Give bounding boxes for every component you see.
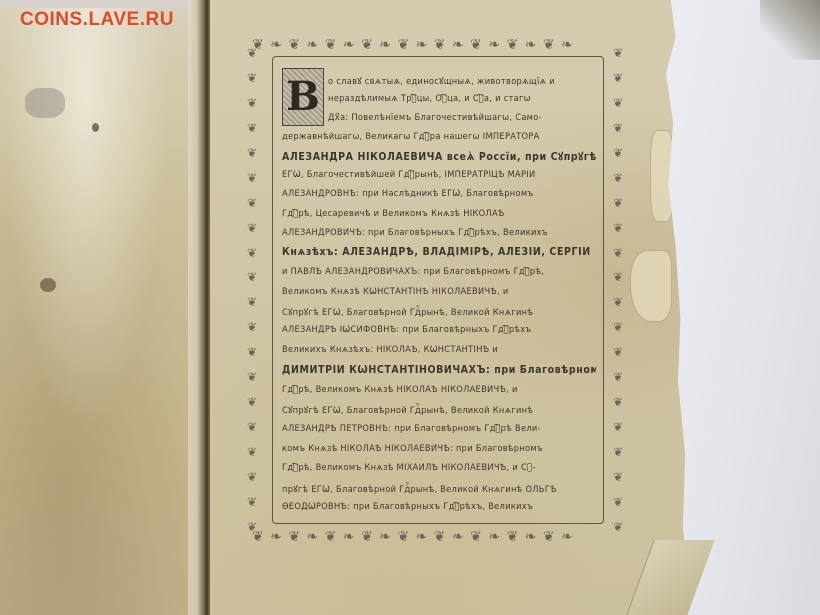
text-line: о славꙋ свѧтыѧ, единосꙋщныѧ, животворѧщї… bbox=[328, 74, 596, 87]
ornament-glyph: ❦ bbox=[247, 420, 257, 434]
ornament-glyph: ❦ bbox=[247, 320, 257, 334]
text-line: Дх҃а: Повелѣнїемъ Благочестивѣйшагѡ, Сам… bbox=[328, 112, 596, 123]
text-line: Гдⷭ҇рѣ, Великомъ Кнѧзѣ НІКОЛАѢ НІКОЛАЕВИ… bbox=[282, 384, 596, 395]
ornament-glyph: ❦ bbox=[613, 246, 623, 260]
ornament-glyph: ❦ bbox=[247, 96, 257, 110]
text-line: комъ Кнѧзѣ НІКОЛАѢ НІКОЛАЕВИЧѢ: при Благ… bbox=[282, 443, 596, 454]
ornament-glyph: ❦ bbox=[613, 345, 623, 359]
text-line: Кнѧзѣхъ: АЛЕЗАНДРѢ, ВЛАДІМІРѢ, АЛЕЗІИ, С… bbox=[282, 246, 596, 258]
text-line: ѲЕОДѠРОВНѢ: при Благовѣрныхъ Гдⷭ҇рѣхъ, В… bbox=[282, 501, 596, 512]
ornament-glyph: ❦ bbox=[247, 146, 257, 160]
drop-cap-initial: В bbox=[282, 68, 324, 126]
text-line: Великомъ Кнѧзѣ КѠНСТАНТІНѢ НІКОЛАЕВИЧѢ, … bbox=[282, 286, 596, 297]
text-line: и ПАВЛѢ АЛЕЗАНДРОВИЧАХЪ: при Благовѣрном… bbox=[282, 266, 596, 277]
ornament-glyph: ❦ bbox=[247, 270, 257, 284]
text-line: Сꙋпрꙋгѣ ЕГѠ, Благовѣрной Гдⷭ҇рынѣ, Велик… bbox=[282, 305, 596, 318]
ornament-glyph: ❦ bbox=[613, 221, 623, 235]
ornament-glyph: ❦ bbox=[613, 270, 623, 284]
text-line: Великихъ Кнѧзѣхъ: НІКОЛАѢ, КѠНСТАНТІНѢ и bbox=[282, 344, 596, 355]
text-line: Гдⷭ҇рѣ, Великомъ Кнѧзѣ МІХАИЛѢ НІКОЛАЕВИ… bbox=[282, 462, 596, 473]
text-line: нераздѣлимыѧ Трⷪ҇цы, Оⷮ҇ца, и Сⷩ҇а, и ст… bbox=[328, 93, 596, 104]
ornament-top-row: ❦ ❧ ❦ ❧ ❦ ❧ ❦ ❧ ❦ ❧ ❦ ❧ ❦ ❧ ❦ ❧ ❦ ❧ bbox=[252, 36, 618, 54]
ornament-glyph: ❦ bbox=[613, 295, 623, 309]
cover-sketch bbox=[25, 88, 65, 118]
ornament-glyph: ❦ bbox=[613, 196, 623, 210]
ornament-glyph: ❦ bbox=[613, 470, 623, 484]
ornament-glyph: ❦ bbox=[613, 96, 623, 110]
ornament-glyph: ❦ bbox=[613, 320, 623, 334]
page-tear bbox=[630, 250, 672, 322]
ornament-glyph: ❦ bbox=[613, 370, 623, 384]
text-line: АЛЕЗАНДРОВНѢ: при Наслѣдникѣ ЕГѠ, Благов… bbox=[282, 188, 596, 199]
ornament-glyph: ❦ bbox=[613, 495, 623, 509]
ornament-glyph: ❦ bbox=[247, 470, 257, 484]
ornament-glyph: ❦ bbox=[613, 171, 623, 185]
ornament-right-column: ❦ ❦ ❦ ❦ ❦ ❦ ❦ ❦ ❦ ❦ ❦ ❦ ❦ ❦ ❦ ❦ ❦ ❦ ❦ ❦ bbox=[610, 46, 626, 534]
ornament-glyph: ❦ bbox=[613, 71, 623, 85]
ornament-glyph: ❦ bbox=[247, 121, 257, 135]
ornament-glyph: ❦ bbox=[247, 171, 257, 185]
book-cover-left bbox=[0, 8, 212, 615]
ornament-glyph: ❦ bbox=[247, 71, 257, 85]
text-line: державнѣйшагѡ, Великагѡ Гдⷭ҇ра нашегѡ ІМ… bbox=[282, 131, 596, 142]
ornament-glyph: ❦ bbox=[247, 495, 257, 509]
shadow-corner bbox=[760, 0, 820, 60]
ornament-glyph: ❦ bbox=[247, 445, 257, 459]
drop-cap-letter: В bbox=[286, 77, 320, 117]
text-line: ЕГѠ, Благочестивѣйшей Гдⷭ҇рынѣ, ІМПЕРАТР… bbox=[282, 169, 596, 180]
text-line: ДИМИТРІИ КѠНСТАНТІНОВИЧАХЪ: при Благовѣр… bbox=[282, 364, 596, 376]
ornament-glyph: ❦ bbox=[247, 370, 257, 384]
text-line: Гдⷭ҇рѣ, Цесаревичѣ и Великомъ Кнѧзѣ НІКО… bbox=[282, 208, 596, 219]
ornament-glyph: ❦ bbox=[613, 445, 623, 459]
cover-stain bbox=[40, 278, 56, 292]
ornament-glyph: ❦ bbox=[247, 295, 257, 309]
text-line: АЛЕЗАНДРА НІКОЛАЕВИЧА всеѧ̀ Россїи, при … bbox=[282, 150, 596, 164]
cover-stain bbox=[92, 123, 99, 132]
ornament-glyph: ❦ bbox=[613, 46, 623, 60]
ornament-glyph: ❦ bbox=[613, 520, 623, 534]
ornament-glyph: ❦ bbox=[247, 395, 257, 409]
ornament-glyph: ❦ bbox=[247, 246, 257, 260]
ornament-glyph: ❦ bbox=[247, 46, 257, 60]
ornament-glyph: ❦ bbox=[247, 221, 257, 235]
site-watermark: COINS.LAVE.RU bbox=[20, 9, 174, 31]
ornament-glyph: ❦ bbox=[613, 121, 623, 135]
ornament-glyph: ❦ bbox=[613, 395, 623, 409]
text-line: АЛЕЗАНДРѢ ІѠСИФОВНѢ: при Благовѣрныхъ Гд… bbox=[282, 324, 596, 335]
ornament-glyph: ❦ bbox=[613, 420, 623, 434]
ornament-glyph: ❦ bbox=[247, 520, 257, 534]
ornament-left-column: ❦ ❦ ❦ ❦ ❦ ❦ ❦ ❦ ❦ ❦ ❦ ❦ ❦ ❦ ❦ ❦ ❦ ❦ ❦ ❦ bbox=[244, 46, 260, 534]
text-line: Сꙋпрꙋгѣ ЕГѠ, Благовѣрной Гдⷭ҇рынѣ, Велик… bbox=[282, 403, 596, 416]
ornament-glyph: ❦ bbox=[247, 196, 257, 210]
text-line: АЛЕЗАНДРѢ ПЕТРОВНѢ: при Благовѣрномъ Гдⷭ… bbox=[282, 423, 596, 434]
ornament-glyph: ❦ bbox=[613, 146, 623, 160]
ornament-glyph: ❦ bbox=[247, 345, 257, 359]
text-line: прꙋгѣ ЕГѠ, Благовѣрной Гдⷭ҇рынѣ, Великой… bbox=[282, 482, 596, 495]
text-line: АЛЕЗАНДРОВИЧѢ: при Благовѣрныхъ Гдⷭ҇рѣхъ… bbox=[282, 227, 596, 238]
ornament-bottom-row: ❦ ❧ ❦ ❧ ❦ ❧ ❦ ❧ ❦ ❧ ❦ ❧ ❦ ❧ ❦ ❧ ❦ ❧ bbox=[252, 528, 618, 546]
book-photo: ❦ ❧ ❦ ❧ ❦ ❧ ❦ ❧ ❦ ❧ ❦ ❧ ❦ ❧ ❦ ❧ ❦ ❧ ❦ ❧ … bbox=[0, 0, 820, 615]
